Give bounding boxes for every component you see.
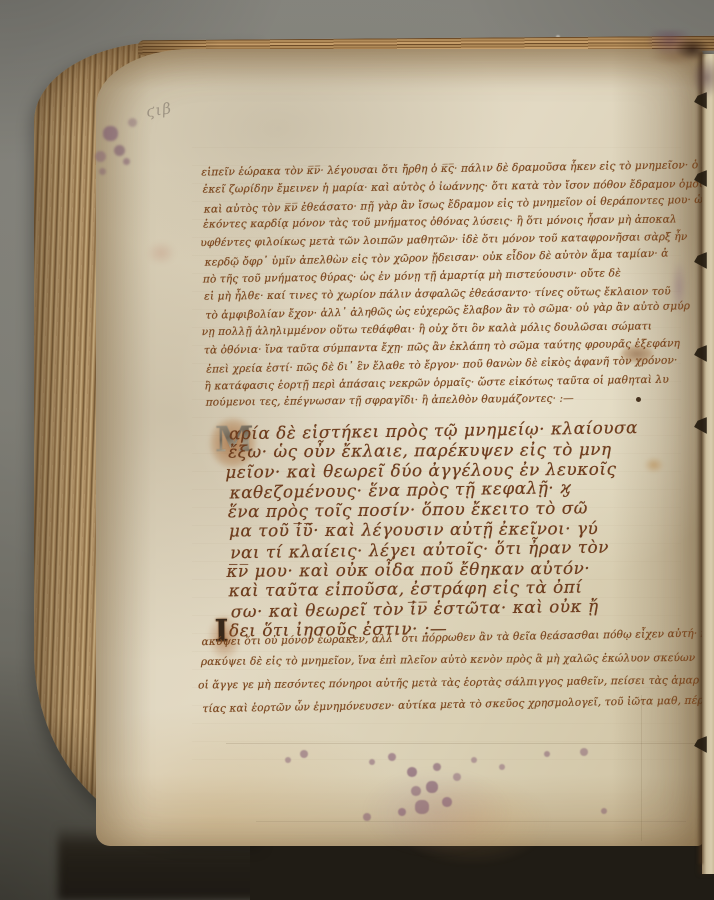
stain-dots [302,737,306,741]
manuscript-photo: ϛιβ εἰπεῖν ἑώρακα τὸν κ̅ν̅· λέγουσαι ὅτι… [0,0,714,900]
mold-stain-cluster [302,737,562,867]
commentary-top-block: εἰπεῖν ἑώρακα τὸν κ̅ν̅· λέγουσαι ὅτι ἤρθ… [201,157,683,413]
crease-line [226,743,696,744]
crease-line [641,695,642,841]
corner-damage [629,30,714,116]
text-line: κ̅ν̅ μου· καὶ οὐκ οἶδα ποῦ ἔθηκαν αὐτόν· [226,558,666,581]
faint-folio-mark: ϛιβ [145,99,173,121]
codex: ϛιβ εἰπεῖν ἑώρακα τὸν κ̅ν̅· λέγουσαι ὅτι… [34,38,714,850]
commentary-bottom-block: Ι ακύψει ὅτι οὐ μόνον ἑώρακεν, ἀλλ᾽ ὅτι … [199,624,686,720]
red-smudge [146,241,176,265]
parchment-page: ϛιβ εἰπεῖν ἑώρακα τὸν κ̅ν̅· λέγουσαι ὅτι… [96,49,703,846]
gospel-lemma-block: Μ αρία δὲ εἱστήκει πρὸς τῷ μνημείῳ· κλαί… [227,419,669,641]
crease-line [256,821,686,822]
purple-stain-top-left [104,117,109,122]
stain-speckle [392,777,552,867]
